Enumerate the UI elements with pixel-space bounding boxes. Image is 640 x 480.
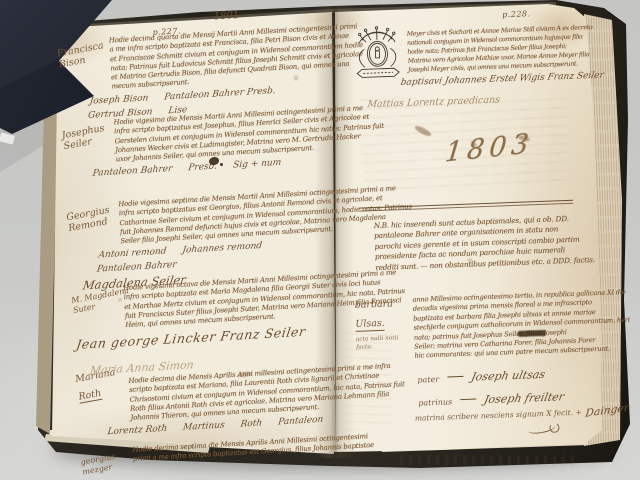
pater-label: pater bbox=[417, 375, 439, 385]
manuscript-photo-scene: p.227. 1801 Francisca Bison Hodie decima… bbox=[0, 0, 640, 480]
matrina-text: matrina scribere nesciens signum X fecit… bbox=[415, 408, 582, 423]
margin-name-line: barbara bbox=[354, 298, 410, 312]
signature: Martinus bbox=[182, 421, 225, 433]
margin-name: Georgius Remond bbox=[66, 204, 119, 235]
ink-strikethrough bbox=[518, 330, 546, 337]
continuation-body: Meyer civis et Sacharii et Annae Mariae … bbox=[407, 23, 587, 74]
continuation-subscript: Mattias Lorentz praedicans bbox=[367, 94, 501, 110]
baptism-entry-mariana-roth: Mariana Roth Maria Anna Simon Hodie deci… bbox=[76, 349, 356, 439]
year-1803: 1803 bbox=[444, 128, 535, 169]
margin-name: georgius mezger bbox=[80, 449, 133, 478]
margin-name-barbara-ulsas: barbara Ulsas. acta nulli notiifacta. bbox=[354, 298, 412, 352]
margin-name-line: Ulsas. bbox=[355, 318, 385, 332]
margin-name: Josephus Seiler bbox=[61, 122, 114, 153]
signature: Joseph Bison bbox=[89, 93, 149, 106]
ink-blot bbox=[220, 163, 223, 166]
signature-flourish bbox=[527, 421, 556, 436]
margin-note: acta nulli notiifacta. bbox=[356, 335, 413, 352]
signature: Johannes remond bbox=[182, 242, 263, 257]
large-signature-jean-george: Jean george Lincker Franz Seiler bbox=[75, 322, 351, 353]
nota-bene-note: N.B. hic inserendi sunt actus baptismale… bbox=[374, 213, 584, 273]
divider-double-rule bbox=[359, 200, 573, 212]
right-page-content: p.228. Meyer civis et Sacharii et Annae … bbox=[344, 1, 604, 462]
patrinus-signature-row: patrinusJoseph freilter bbox=[418, 385, 564, 409]
pater-signature: Joseph ultsas bbox=[470, 368, 546, 384]
entry-body-barbara: anno Millesimo octingentesimo tertio, in… bbox=[412, 289, 598, 362]
margin-name: M. Magdalena Suter bbox=[71, 287, 124, 316]
entry-body: Hodie decima quarta die Mensij Martii An… bbox=[109, 24, 336, 93]
margin-name: Francisca Bison bbox=[56, 40, 109, 71]
signature: Pantaleon Bahrer bbox=[92, 165, 173, 180]
signature: Antoni remond bbox=[98, 247, 167, 261]
patrinus-label: patrinus bbox=[418, 397, 452, 407]
notarial-stamp-icon bbox=[352, 22, 402, 80]
left-page-content: p.227. 1801 Francisca Bison Hodie decima… bbox=[56, 10, 357, 471]
signature: Lorentz Roth bbox=[107, 424, 168, 438]
year-heading-1801: 1801 bbox=[213, 10, 239, 22]
margin-note-line: facta. bbox=[356, 342, 412, 352]
dash-rule bbox=[460, 398, 476, 400]
pater-signature-row: paterJoseph ultsas bbox=[417, 363, 545, 387]
page-number-right: p.228. bbox=[502, 9, 531, 19]
margin-name-line: Roth bbox=[78, 388, 103, 404]
signature: Sig + num bbox=[233, 158, 282, 171]
dash-rule bbox=[447, 376, 463, 378]
patrinus-signature: Joseph freilter bbox=[483, 390, 566, 406]
signature: Roth bbox=[240, 419, 263, 430]
signature: Pantaleon bbox=[277, 415, 323, 428]
